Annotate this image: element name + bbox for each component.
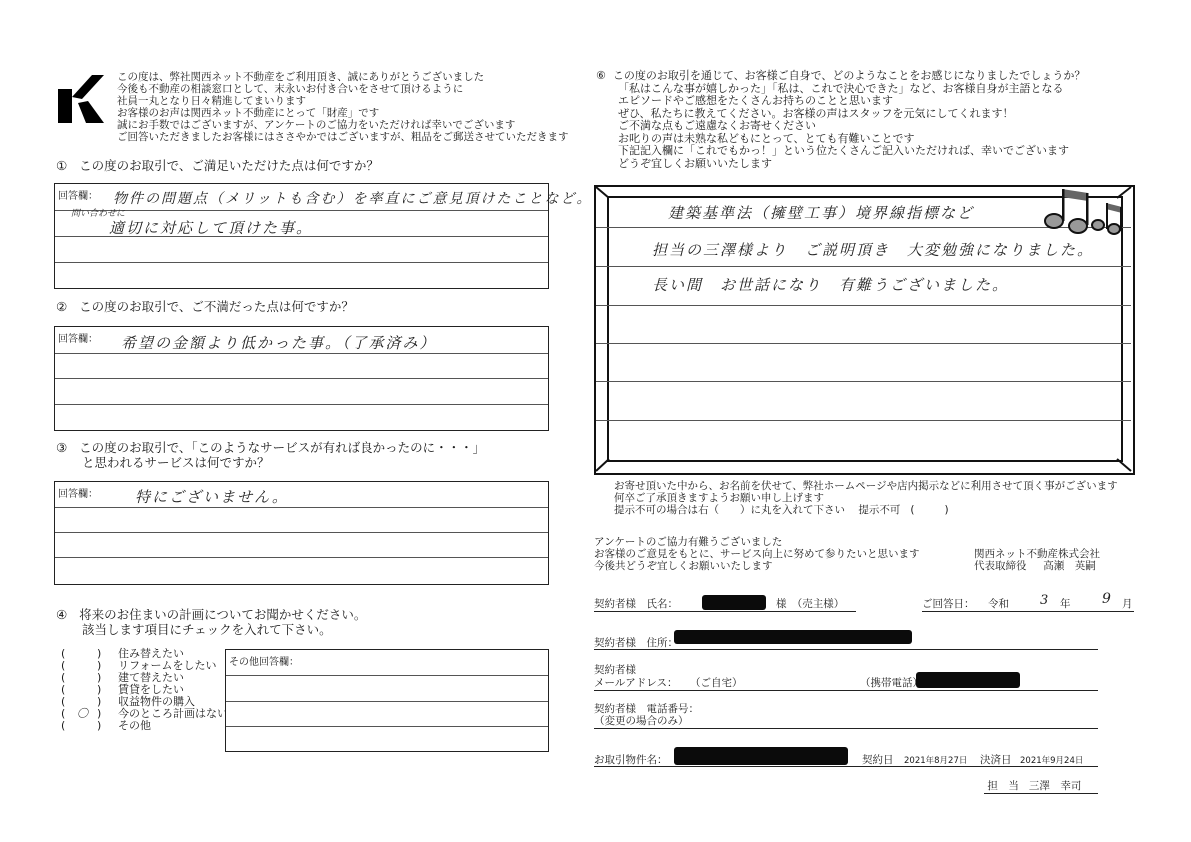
q3-text-2: と思われるサービスは何ですか？ (56, 455, 485, 470)
intro-line: お客様のお声は関西ネット不動産にとって「財産」です (117, 107, 569, 119)
q4-number: ④ (56, 607, 67, 622)
q6-line: 下記記入欄に「これでもかっ！」という位たくさんご記入いただければ、幸いでございま… (596, 145, 1085, 158)
answer-date-label: ご回答日： (922, 598, 975, 610)
q6-question: ⑥ この度のお取引を通じて、お客様ご自身で、どのようなことをお感じになりましたで… (596, 70, 1085, 170)
q2-text: この度のお取引で、ご不満だった点は何ですか？ (79, 299, 354, 314)
q4-text-1: 将来のお住まいの計画についてお聞かせください。 (79, 607, 366, 622)
q2-question: ② この度のお取引で、ご不満だった点は何ですか？ (56, 299, 354, 314)
thanks-line: お客様のご意見をもとに、サービス向上に努めて参りたいと思います (594, 548, 920, 560)
representative: 代表取締役 高瀬 英嗣 (974, 560, 1096, 572)
q2-number: ② (56, 299, 67, 314)
month-label: 月 (1122, 598, 1133, 610)
home-label: （ご自宅） (690, 677, 743, 689)
publication-line: お寄せ頂いた中から、お名前を伏せて、弊社ホームページや店内掲示などに利用させて頂… (614, 480, 1118, 492)
phone-field[interactable]: （変更の場合のみ） (594, 715, 1098, 729)
other-answer-label: その他回答欄： (229, 653, 299, 668)
property-field[interactable]: お取引物件名： 契約日 2021年8月27日 決済日 2021年9月24日 (594, 753, 1098, 767)
thanks-line: 今後共どうぞ宜しくお願いいたします (594, 560, 920, 572)
q6-answer-line-2: 担当の三澤様より ご説明頂き 大変勉強になりました。 (652, 239, 1094, 260)
contract-date-label: 契約日 (862, 754, 894, 766)
name-label: 契約者様 氏名： (594, 598, 678, 610)
redacted-property (674, 747, 848, 765)
redacted-name (702, 595, 766, 610)
publication-notice: お寄せ頂いた中から、お名前を伏せて、弊社ホームページや店内掲示などに利用させて頂… (614, 480, 1118, 516)
q6-number: ⑥ (596, 69, 606, 82)
redacted-address (674, 630, 912, 644)
redacted-mobile (916, 672, 1020, 688)
q6-line: エピソードやご感想をたくさんお持ちのことと思います (596, 95, 1085, 108)
q6-line: ご不満な点もご遠慮なくお寄せください (596, 120, 1085, 133)
q1-answer-line-2: 適切に対応して頂けた事。 (109, 217, 313, 238)
property-label: お取引物件名： (594, 754, 668, 766)
q3-question: ③ この度のお取引で、「このようなサービスが有れば良かったのに・・・」 と思われ… (56, 440, 485, 470)
q3-answer-box[interactable]: 回答欄： 特にございません。 (54, 481, 549, 585)
music-notes-icon (1040, 185, 1125, 235)
q6-line: どうぞ宜しくお願いいたします (596, 158, 1085, 171)
intro-line: 社員一丸となり日々精進してまいります (117, 95, 569, 107)
publication-line: 何卒ご了承頂きますようお願い申し上げます (614, 492, 1118, 504)
publication-refusal: 提示不可の場合は右（ ）に丸を入れて下さい 提示不可 ( ) (614, 504, 1118, 516)
q1-number: ① (56, 158, 67, 173)
address-label: 契約者様 住所： (594, 637, 678, 649)
year-value: 3 (1040, 593, 1050, 608)
q3-number: ③ (56, 440, 67, 455)
thanks-text: アンケートのご協力有難うございました お客様のご意見をもとに、サービス向上に努め… (594, 536, 920, 572)
option-mark: 〇 (77, 708, 88, 720)
email-label-2: メールアドレス： (594, 677, 677, 689)
representative-title: 代表取締役 (974, 560, 1027, 572)
q1-question: ① この度のお取引で、ご満足いただけた点は何ですか？ (56, 158, 379, 173)
q4-text-2: 該当します項目にチェックを入れて下さい。 (56, 622, 366, 637)
contract-date: 2021年8月27日 (904, 755, 967, 767)
year-label: 年 (1060, 598, 1071, 610)
phone-note: （変更の場合のみ） (594, 715, 689, 727)
staff-label: 担 当 (987, 780, 1019, 792)
mobile-label: （携帯電話） (860, 677, 923, 689)
thanks-line: アンケートのご協力有難うございました (594, 536, 920, 548)
phone-label: 契約者様 電話番号： (594, 703, 699, 715)
settlement-date-label: 決済日 (980, 754, 1012, 766)
q1-text: この度のお取引で、ご満足いただけた点は何ですか？ (79, 158, 379, 173)
refusal-checkbox[interactable]: ( ) (910, 504, 948, 516)
month-value: 9 (1102, 591, 1113, 607)
q4-question: ④ 将来のお住まいの計画についてお聞かせください。 該当します項目にチェックを入… (56, 607, 366, 637)
q1-answer-line-1: 物件の問題点（メリットも含む）を率直にご意見頂けたことなど。 (113, 188, 592, 208)
name-field[interactable]: 契約者様 氏名： 様 （売主様） (594, 598, 856, 612)
q4-other-answer-box[interactable]: その他回答欄： (225, 649, 549, 752)
answer-label: 回答欄： (58, 187, 98, 202)
intro-line: 誠にお手数ではございますが、アンケートのご協力をいただければ幸いでございます (117, 119, 569, 131)
q3-text-1: この度のお取引で、「このようなサービスが有れば良かったのに・・・」 (79, 440, 485, 455)
settlement-date: 2021年9月24日 (1020, 755, 1083, 767)
q1-answer-box[interactable]: 回答欄： 物件の問題点（メリットも含む）を率直にご意見頂けたことなど。 問い合わ… (54, 183, 549, 289)
era-label: 令和 (988, 598, 1009, 610)
q6-answer-line-3: 長い間 お世話になり 有難うございました。 (652, 274, 1009, 295)
answer-label: 回答欄： (58, 330, 98, 345)
answer-date-field[interactable]: ご回答日： 令和 3 年 9 月 (922, 598, 1134, 612)
q6-line: この度のお取引を通じて、お客様ご自身で、どのようなことをお感じになりましたでしょ… (613, 69, 1086, 82)
representative-name: 高瀬 英嗣 (1043, 560, 1096, 572)
intro-line: ご回答いただきましたお客様にはささやかではございますが、粗品をご郵送させていただ… (117, 131, 569, 143)
refusal-instruction: 提示不可の場合は右（ ）に丸を入れて下さい (614, 504, 845, 516)
staff-name: 三澤 幸司 (1029, 780, 1082, 792)
intro-text: この度は、弊社関西ネット不動産をご利用頂き、誠にありがとうございました 今後も不… (117, 71, 569, 143)
intro-line: この度は、弊社関西ネット不動産をご利用頂き、誠にありがとうございました (117, 71, 569, 83)
q2-answer-box[interactable]: 回答欄： 希望の金額より低かった事。（了承済み） (54, 326, 549, 431)
q6-answer-line-1: 建築基準法（擁壁工事）境界線指標など (668, 202, 974, 223)
name-suffix: 様 （売主様） (776, 598, 844, 610)
company-name: 関西ネット不動産株式会社 (974, 548, 1100, 560)
option-label: その他 (118, 720, 151, 732)
address-field[interactable]: 契約者様 住所： (594, 636, 1098, 650)
intro-line: 今後も不動産の相談窓口として、末永いお付き合いをさせて頂けるように (117, 83, 569, 95)
q2-answer-line-1: 希望の金額より低かった事。（了承済み） (121, 332, 437, 353)
q3-answer-line-1: 特にございません。 (135, 486, 289, 507)
q4-options: ()住み替えたい ()リフォームをしたい ()建て替えたい ()賃貸をしたい (… (61, 648, 231, 743)
staff-field: 担 当 三澤 幸司 (984, 780, 1098, 794)
email-field[interactable]: メールアドレス： （ご自宅） （携帯電話） (594, 677, 1098, 691)
answer-label: 回答欄： (58, 485, 98, 500)
k-logo-icon (58, 75, 104, 123)
refusal-label: 提示不可 (858, 504, 900, 516)
email-label-1: 契約者様 (594, 664, 636, 676)
